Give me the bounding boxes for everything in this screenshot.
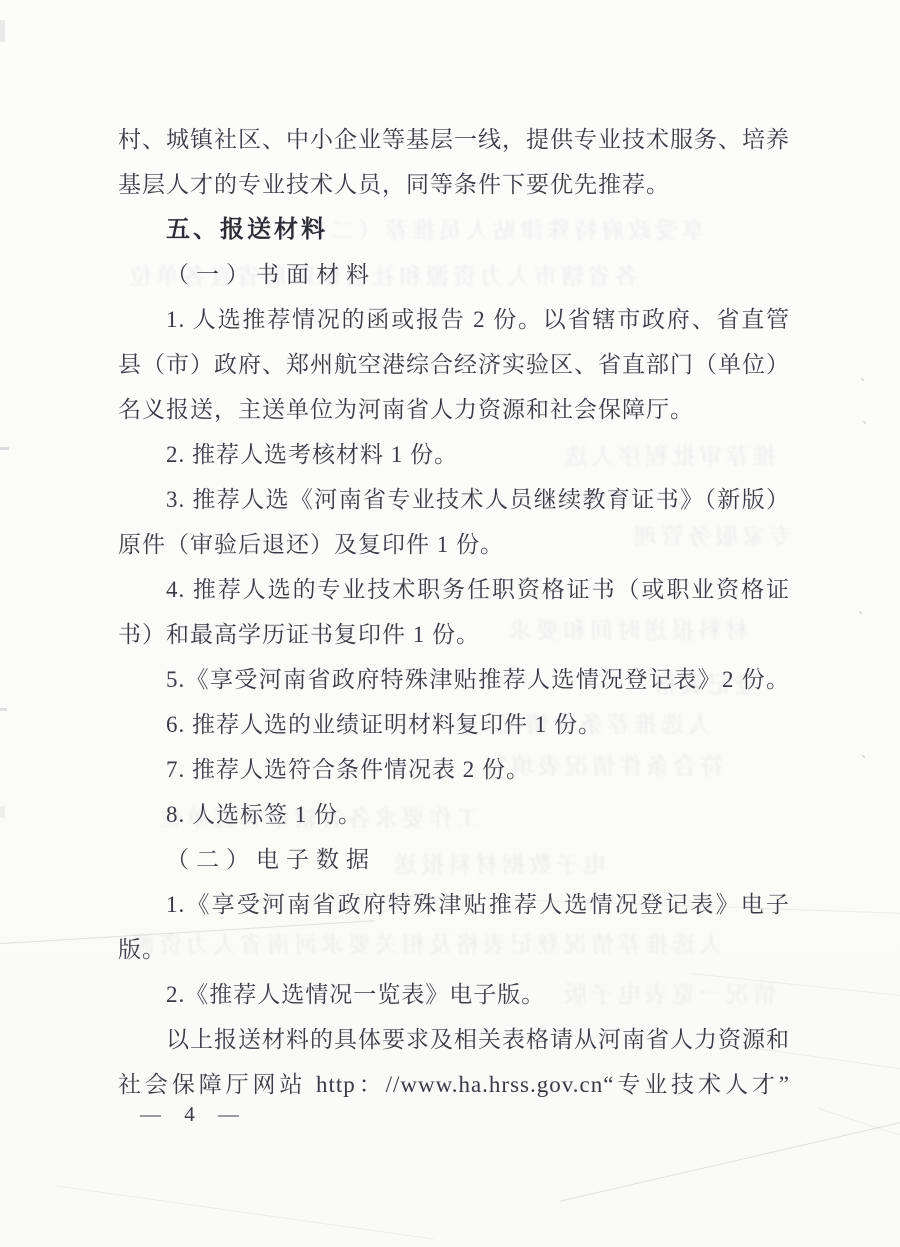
paragraph-line: 名义报送，主送单位为河南省人力资源和社会保障厅。 <box>118 387 790 432</box>
scan-smudge: 、 <box>860 365 873 384</box>
page-number: — 4 — <box>140 1100 248 1128</box>
paper-crease <box>57 1186 433 1240</box>
document-body: 村、城镇社区、中小企业等基层一线，提供专业技术服务、培养 基层人才的专业技术人员… <box>118 117 790 1107</box>
scan-smudge <box>0 447 9 450</box>
paragraph-line: 基层人才的专业技术人员，同等条件下要优先推荐。 <box>118 162 790 207</box>
paragraph-line: 县（市）政府、郑州航空港综合经济实验区、省直部门（单位） <box>118 342 790 387</box>
paper-crease <box>560 1115 900 1201</box>
scan-smudge <box>0 806 5 818</box>
list-item-3: 3. 推荐人选《河南省专业技术人员继续教育证书》（新版） <box>118 477 790 522</box>
paragraph-line: 村、城镇社区、中小企业等基层一线，提供专业技术服务、培养 <box>118 117 790 162</box>
section-5-heading: 五、报送材料 <box>118 207 790 252</box>
scan-smudge: 、 <box>858 598 871 617</box>
scan-smudge: 、 <box>862 408 875 427</box>
list-item-2: 2. 推荐人选考核材料 1 份。 <box>118 432 790 477</box>
list-item-4: 4. 推荐人选的专业技术职务任职资格证书（或职业资格证 <box>118 567 790 612</box>
scan-smudge <box>0 708 7 711</box>
paragraph-line: 以上报送材料的具体要求及相关表格请从河南省人力资源和 <box>118 1017 790 1062</box>
scan-smudge: 、 <box>861 742 874 761</box>
paper-crease <box>818 1108 900 1149</box>
list-item-1: 1. 人选推荐情况的函或报告 2 份。以省辖市政府、省直管 <box>118 297 790 342</box>
list-item-e1: 1.《享受河南省政府特殊津贴推荐人选情况登记表》电子 <box>118 882 790 927</box>
subsection-2-heading: （二）电子数据 <box>118 837 790 882</box>
list-item-e2: 2.《推荐人选情况一览表》电子版。 <box>118 972 790 1017</box>
paragraph-line: 书）和最高学历证书复印件 1 份。 <box>118 612 790 657</box>
list-item-6: 6. 推荐人选的业绩证明材料复印件 1 份。 <box>118 702 790 747</box>
paragraph-line: 原件（审验后退还）及复印件 1 份。 <box>118 522 790 567</box>
subsection-1-heading: （一）书面材料 <box>118 252 790 297</box>
list-item-7: 7. 推荐人选符合条件情况表 2 份。 <box>118 747 790 792</box>
scanned-document-page: 享受政府特殊津贴人员推荐（二） 各省辖市人力资源和社会保障局省直各单位 推荐审批… <box>0 0 900 1247</box>
list-item-5: 5.《享受河南省政府特殊津贴推荐人选情况登记表》2 份。 <box>118 657 790 702</box>
list-item-8: 8. 人选标签 1 份。 <box>118 792 790 837</box>
paragraph-line: 版。 <box>118 927 790 972</box>
scan-smudge <box>0 20 5 42</box>
